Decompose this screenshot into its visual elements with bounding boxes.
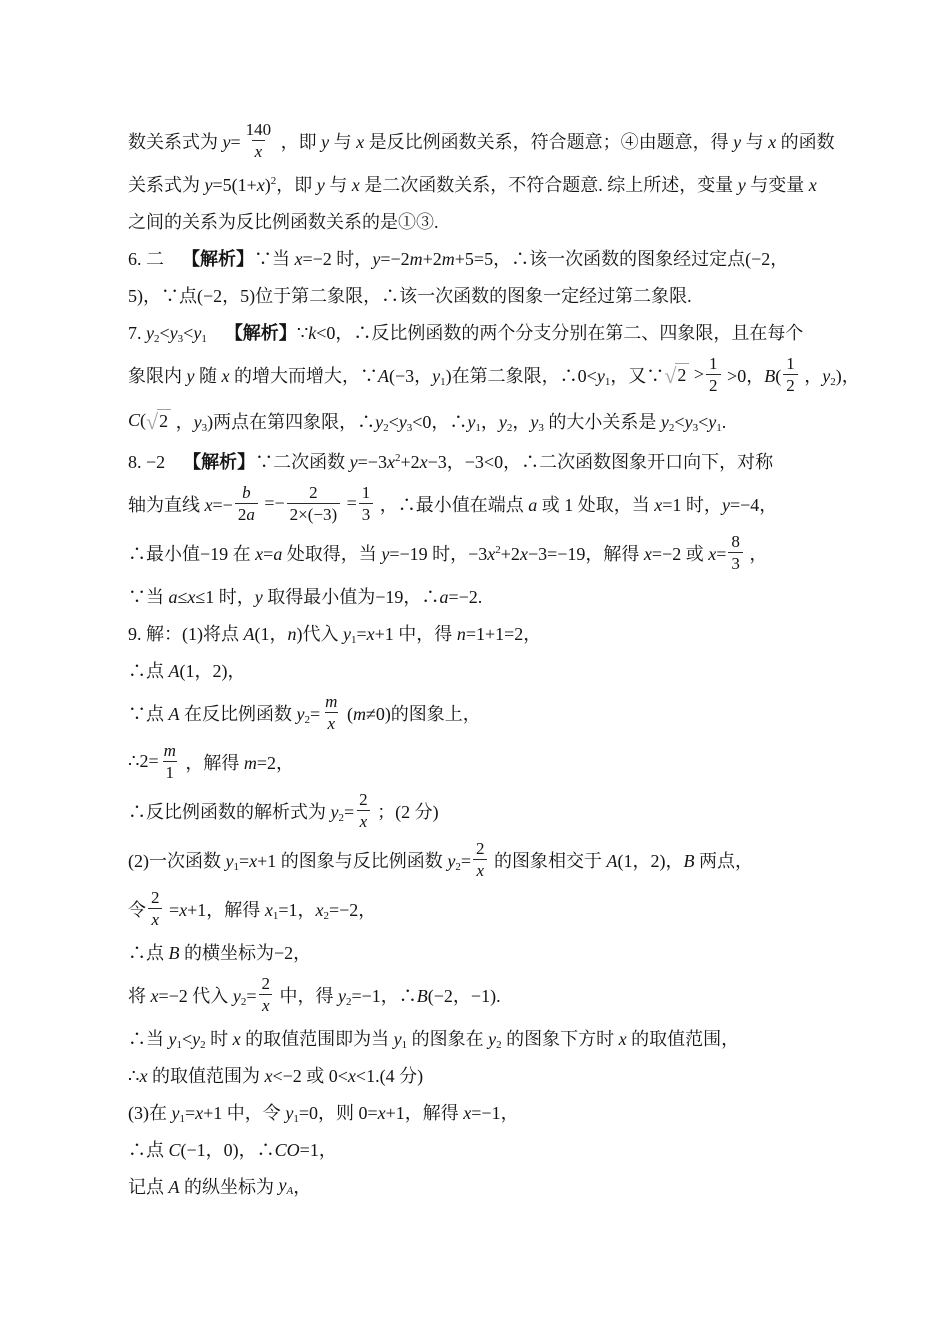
- text-line: 令2x =x+1，解得 x1=1，x2=−2，: [128, 884, 838, 933]
- body-text: 5)，∵点(−2，5)位于第二象限，∴该一次函数的图象一定经过第二象限.: [128, 282, 692, 308]
- body-text: ，解得 m=2，: [181, 749, 294, 775]
- text-line: C(√2 ，y3)两点在第四象限，∴y2<y3<0，∴y1，y2，y3 的大小关…: [128, 399, 838, 442]
- body-text: ∵k<0，∴反比例函数的两个分支分别在第二、四象限，且在每个: [297, 319, 804, 345]
- body-text: 将 x=−2 代入 y2=: [128, 982, 256, 1008]
- body-text: ，y3)两点在第四象限，∴y2<y3<0，∴y1，y2，y3 的大小关系是 y2…: [171, 408, 726, 434]
- text-line: 记点 A 的纵坐标为 yA，: [128, 1167, 838, 1204]
- body-text: ∵二次函数 y=−3x2+2x−3，−3<0，∴二次函数图象开口向下，对称: [255, 448, 773, 474]
- emphasis-text: 【解析】: [183, 448, 255, 474]
- body-text: ∴点 C(−1，0)，∴CO=1，: [128, 1136, 337, 1162]
- body-text: ∴点 B 的横坐标为−2，: [128, 939, 311, 965]
- text-line: ∴2=m1 ，解得 m=2，: [128, 737, 838, 786]
- body-text: ，: [745, 540, 768, 566]
- text-line: (3)在 y1=x+1 中，令 y1=0，则 0=x+1，解得 x=−1，: [128, 1093, 838, 1130]
- fraction: b2a: [235, 483, 258, 524]
- body-text: ∵点 A 在反比例函数 y2=: [128, 700, 320, 726]
- body-text: (m≠0)的图象上，: [342, 700, 480, 726]
- text-line: 9. 解：(1)将点 A(1，n)代入 y1=x+1 中，得 n=1+1=2，: [128, 614, 838, 651]
- body-text: 轴为直线 x=−: [128, 491, 233, 517]
- fraction: mx: [322, 692, 340, 733]
- body-text: ，: [293, 1173, 311, 1199]
- text-line: ∴x 的取值范围为 x<−2 或 0<x<1.(4 分): [128, 1056, 838, 1093]
- sqrt-radical: √2: [664, 363, 689, 386]
- body-text: ，∴最小值在端点 a 或 1 处取，当 x=1 时，y=−4，: [375, 491, 777, 517]
- fraction: 2x: [473, 839, 488, 880]
- body-text: ∴最小值−19 在 x=a 处取得，当 y=−19 时，−3x2+2x−3=−1…: [128, 540, 726, 566]
- text-line: ∴点 B 的横坐标为−2，: [128, 933, 838, 970]
- radical-sign-icon: √: [664, 365, 676, 387]
- body-text: 6. 二: [128, 245, 182, 271]
- body-text: (3)在 y1=x+1 中，令 y1=0，则 0=x+1，解得 x=−1，: [128, 1099, 519, 1125]
- text-line: 8. −2 【解析】∵二次函数 y=−3x2+2x−3，−3<0，∴二次函数图象…: [128, 442, 838, 479]
- fraction: 22×(−3): [287, 483, 341, 524]
- text-line: ∴反比例函数的解析式为 y2=2x ；(2 分): [128, 786, 838, 835]
- radical-sign-icon: √: [146, 411, 158, 433]
- fraction: 140x: [243, 120, 275, 161]
- text-line: ∵当 a≤x≤1 时，y 取得最小值为−19，∴a=−2.: [128, 577, 838, 614]
- fraction: 2x: [148, 888, 163, 929]
- body-text: 之间的关系为反比例函数关系的是①③.: [128, 208, 439, 234]
- body-text: 象限内 y 随 x 的增大而增大，∵A(−3，y1)在第二象限，∴0<y1，又∵: [128, 362, 664, 388]
- fraction: m1: [161, 741, 179, 782]
- text-line: 之间的关系为反比例函数关系的是①③.: [128, 202, 838, 239]
- body-text: 数关系式为 y=: [128, 128, 241, 154]
- body-text: >: [689, 364, 704, 385]
- body-text: =x+1，解得 x1=1，x2=−2，: [165, 896, 377, 922]
- text-line: 数关系式为 y=140x ，即 y 与 x 是反比例函数关系，符合题意；④由题意…: [128, 116, 838, 165]
- body-text: 的图象相交于 A(1，2)，B 两点，: [489, 847, 753, 873]
- text-line: (2)一次函数 y1=x+1 的图象与反比例函数 y2=2x 的图象相交于 A(…: [128, 835, 838, 884]
- body-text: ∴2=: [128, 751, 159, 772]
- body-text: ；(2 分): [373, 798, 439, 824]
- body-text: ∴x 的取值范围为 x<−2 或 0<x<1.(4 分): [128, 1062, 423, 1088]
- emphasis-text: 【解析】: [225, 319, 297, 345]
- fraction: 83: [728, 532, 743, 573]
- body-text: =: [342, 493, 357, 514]
- body-text: 令: [128, 896, 146, 922]
- body-text: 中，得 y2=−1，∴B(−2，−1).: [275, 982, 501, 1008]
- fraction: 12: [783, 354, 798, 395]
- fraction: 13: [359, 483, 374, 524]
- text-line: 象限内 y 随 x 的增大而增大，∵A(−3，y1)在第二象限，∴0<y1，又∵…: [128, 350, 838, 399]
- text-line: ∴当 y1<y2 时 x 的取值范围即为当 y1 的图象在 y2 的图象下方时 …: [128, 1019, 838, 1056]
- fraction: 12: [706, 354, 721, 395]
- variable-with-subscript: yA: [279, 1175, 294, 1196]
- text-line: 7. y2<y3<y1 【解析】∵k<0，∴反比例函数的两个分支分别在第二、四象…: [128, 313, 838, 350]
- body-text: ∵当 a≤x≤1 时，y 取得最小值为−19，∴a=−2.: [128, 583, 482, 609]
- text-line: 关系式为 y=5(1+x)2，即 y 与 x 是二次函数关系，不符合题意. 综上…: [128, 165, 838, 202]
- text-line: 6. 二 【解析】∵当 x=−2 时，y=−2m+2m+5=5，∴该一次函数的图…: [128, 239, 838, 276]
- body-text: ∴反比例函数的解析式为 y2=: [128, 798, 354, 824]
- body-text: 9. 解：(1)将点 A(1，n)代入 y1=x+1 中，得 n=1+1=2，: [128, 620, 541, 646]
- text-line: ∴最小值−19 在 x=a 处取得，当 y=−19 时，−3x2+2x−3=−1…: [128, 528, 838, 577]
- body-text: ，即 y 与 x 是反比例函数关系，符合题意；④由题意，得 y 与 x 的函数: [276, 128, 835, 154]
- body-text: 关系式为 y=5(1+x)2，即 y 与 x 是二次函数关系，不符合题意. 综上…: [128, 171, 817, 197]
- body-text: ，y2)，: [800, 362, 860, 388]
- fraction: 2x: [356, 790, 371, 831]
- body-text: C(: [128, 410, 146, 431]
- body-text: ∴当 y1<y2 时 x 的取值范围即为当 y1 的图象在 y2 的图象下方时 …: [128, 1025, 739, 1051]
- body-text: >0，B(: [723, 362, 782, 388]
- text-line: 5)，∵点(−2，5)位于第二象限，∴该一次函数的图象一定经过第二象限.: [128, 276, 838, 313]
- body-text: 7. y2<y3<y1: [128, 319, 225, 345]
- text-line: 轴为直线 x=−b2a =−22×(−3) =13 ，∴最小值在端点 a 或 1…: [128, 479, 838, 528]
- body-text: (2)一次函数 y1=x+1 的图象与反比例函数 y2=: [128, 847, 471, 873]
- body-text: ∴点 A(1，2)，: [128, 657, 246, 683]
- body-text: =−: [260, 493, 285, 514]
- text-line: ∵点 A 在反比例函数 y2=mx (m≠0)的图象上，: [128, 688, 838, 737]
- fraction: 2x: [258, 974, 273, 1015]
- text-line: ∴点 C(−1，0)，∴CO=1，: [128, 1130, 838, 1167]
- sqrt-radical: √2: [146, 409, 171, 432]
- text-line: 将 x=−2 代入 y2=2x 中，得 y2=−1，∴B(−2，−1).: [128, 970, 838, 1019]
- body-text: 8. −2: [128, 448, 183, 474]
- text-line: ∴点 A(1，2)，: [128, 651, 838, 688]
- body-text: ∵当 x=−2 时，y=−2m+2m+5=5，∴该一次函数的图象经过定点(−2，: [254, 245, 788, 271]
- emphasis-text: 【解析】: [182, 245, 254, 271]
- body-text: 记点 A 的纵坐标为: [128, 1173, 279, 1199]
- document-page: 数关系式为 y=140x ，即 y 与 x 是反比例函数关系，符合题意；④由题意…: [128, 116, 838, 1204]
